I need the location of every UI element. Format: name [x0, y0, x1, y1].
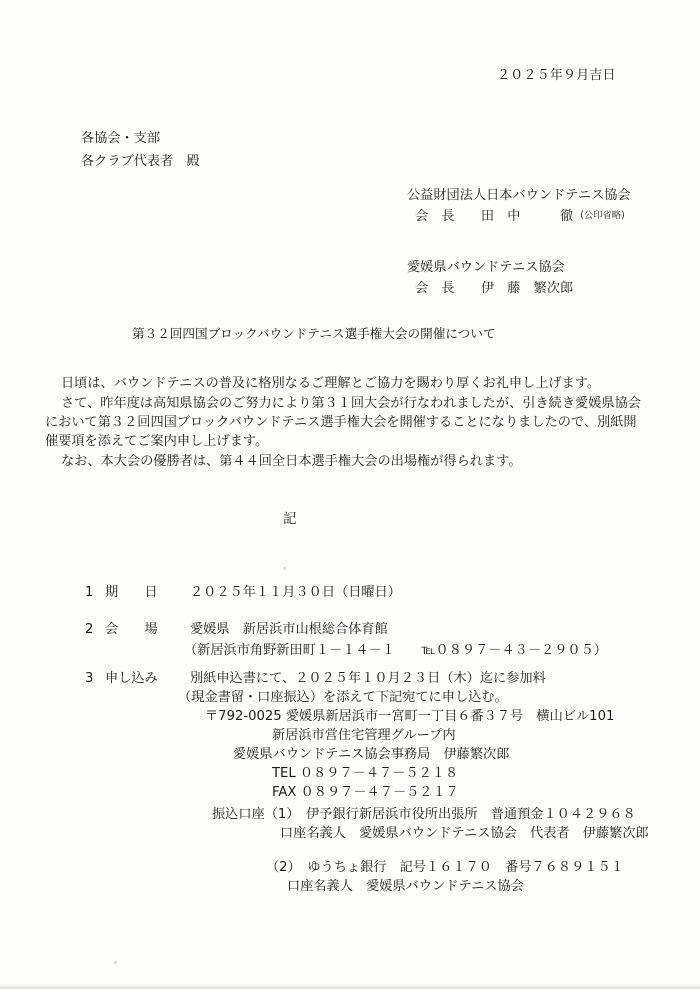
- sender-prefecture-org: 愛媛県バウンドテニス協会: [407, 260, 565, 275]
- item-3-fax: FAX ０８９７－４７－５２１７: [272, 785, 459, 800]
- item-3-deadline: 別紙申込書にて、２０２５年１０月２３日（木）迄に参加料: [190, 671, 546, 686]
- transfer-account-2-holder: 口座名義人 愛媛県バウンドテニス協会: [287, 879, 524, 894]
- item-3-office-location: 新居浜市営住宅管理グループ内: [272, 728, 456, 743]
- body-line-5: なお、本大会の優勝者は、第４４回全日本選手権大会の出場権が得られます。: [61, 454, 522, 469]
- item-2-venue-name: 愛媛県 新居浜市山根総合体育館: [190, 622, 388, 637]
- item-3-payment-method: （現金書留・口座振込）を添えて下記宛てに申し込む。: [178, 690, 508, 705]
- sender-national-chairman-name: 会 長 田 中 徹: [415, 209, 573, 224]
- recipient-line-1: 各協会・支部: [81, 131, 160, 146]
- item-2-venue-address: （新居浜市角野新田町１－１４－１ ℡０８９７－４３－２９０５）: [184, 643, 607, 658]
- item-3-number: 3: [85, 671, 93, 686]
- item-2-number: 2: [85, 622, 93, 637]
- transfer-account-1-bank: 振込口座（1） 伊予銀行新居浜市役所出張所 普通預金１０４２９６８: [212, 807, 636, 822]
- item-3-tel: TEL ０８９７－４７－５２１８: [272, 766, 458, 781]
- item-1-number: 1: [85, 585, 93, 600]
- ki-marker: 記: [283, 512, 297, 528]
- sender-prefecture-chairman: 会 長 伊 藤 繁次郎: [415, 281, 573, 296]
- scanned-letter-page: ２０２５年９月吉日 各協会・支部 各クラブ代表者 殿 公益財団法人日本バウンドテ…: [0, 0, 700, 989]
- body-line-1: 日頃は、バウンドテニスの普及に格別なるご理解とご協力を賜わり厚くお礼申し上げます…: [61, 376, 600, 391]
- sender-national-org: 公益財団法人日本バウンドテニス協会: [407, 188, 631, 203]
- item-1-label: 期 日: [105, 585, 158, 600]
- scan-speck: [283, 567, 286, 570]
- body-line-3: において第３２回四国ブロックバウンドテニス選手権大会を開催することになりましたの…: [45, 415, 637, 430]
- body-line-4: 催要項を添えてご案内申し上げます。: [45, 434, 268, 449]
- letter-date: ２０２５年９月吉日: [497, 68, 616, 83]
- transfer-account-2-bank: （2） ゆうちょ銀行 記号１６１７０ 番号７６８９１５１: [266, 860, 624, 875]
- item-3-label: 申し込み: [105, 671, 158, 686]
- item-2-label: 会 場: [105, 622, 158, 637]
- seal-omitted-note: (公印省略): [580, 210, 624, 221]
- item-3-postal-address: 〒792-0025 愛媛県新居浜市一宮町一丁目６番３７号 横山ビル101: [205, 709, 614, 724]
- sender-national-chairman: 会 長 田 中 徹(公印省略): [415, 209, 625, 224]
- scan-edge: [0, 984, 700, 989]
- letter-subject: 第３２回四国ブロックバウンドテニス選手権大会の開催について: [132, 327, 495, 341]
- body-line-2: さて、昨年度は高知県協会のご努力により第３１回大会が行なわれましたが、引き続き愛…: [61, 396, 641, 411]
- item-1-content: ２０２５年１１月３０日（日曜日）: [190, 585, 401, 600]
- item-3-secretariat: 愛媛県バウンドテニス協会事務局 伊藤繁次郎: [233, 747, 509, 762]
- scan-speck: [114, 961, 117, 964]
- recipient-line-2: 各クラブ代表者 殿: [81, 154, 200, 169]
- transfer-account-1-holder: 口座名義人 愛媛県バウンドテニス協会 代表者 伊藤繁次郎: [280, 826, 649, 841]
